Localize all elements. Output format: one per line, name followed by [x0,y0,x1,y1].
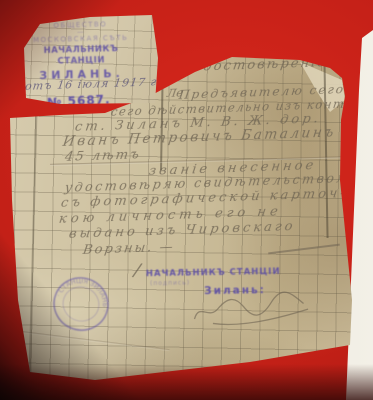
handwriting-line: 45 лѣтъ [64,147,142,165]
number-stamp: № 5687. [47,92,111,109]
handwriting-fragment: 1/9 [162,56,183,72]
pencil-underline [46,106,98,110]
document-photograph: Удостовѣреніе Предъявителю сего сего дѣй… [0,0,373,400]
handwriting-fragment: Ле [166,86,184,100]
office-stamp: ОБЩЕСТВО — МОСКОВСКАЯ СѢТЬ НАЧАЛЬНИКЪ СТ… [27,20,135,83]
office-stamp-title: НАЧАЛЬНИКЪ СТАНЦІИ [28,44,135,68]
office-stamp-subheader: МОСКОВСКАЯ СѢТЬ [28,33,134,45]
